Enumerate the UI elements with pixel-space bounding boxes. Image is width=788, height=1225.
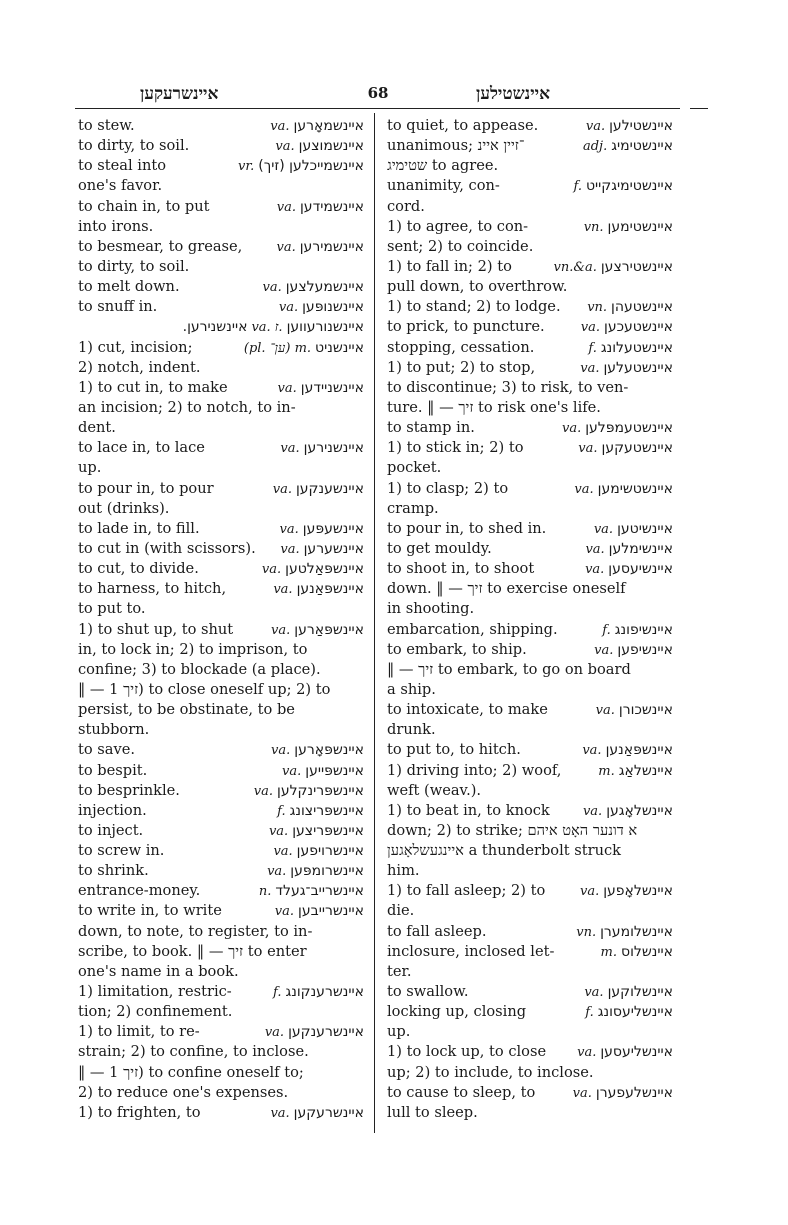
headword-group: va.איינשמעלצען [263,277,365,297]
part-of-speech: f. [588,339,596,359]
english-gloss: to discontinue; 3) to risk, to ven- [387,378,628,398]
yiddish-headword: איינשרומפּען [290,861,364,881]
headword-group: va.איינשפּריצען [269,821,364,841]
part-of-speech: f. [573,177,581,197]
part-of-speech: va. [265,1023,284,1043]
entry-line: to harness, to hitch,va.איינשפּאַנען [78,579,364,599]
entry-line: to quiet, to appease.va.איינשטילען [387,116,673,136]
headword-group: va.איינשרומפּען [267,861,364,881]
english-gloss: down, to note, to register, to in- [78,922,312,942]
english-gloss: to put to. [78,599,146,619]
right-running-headword: איינשטילען [476,84,550,104]
part-of-speech: va. [270,1104,289,1124]
part-of-speech: va. [594,641,613,661]
yiddish-headword: איינשטילען [609,116,673,136]
headword-group: va.איינשטשימען [574,479,673,499]
part-of-speech: va. [574,480,593,500]
part-of-speech: va. [585,560,604,580]
yiddish-headword: איינשלאַג [619,761,673,781]
entry-line: an incision; 2) to notch, to in- [78,398,364,418]
part-of-speech: va. [269,822,288,842]
english-gloss: to get mouldy. [387,539,492,559]
headword-group: va.איינשפּאַרען [271,620,364,640]
part-of-speech: va. [585,540,604,560]
english-gloss: 1) to fall in; 2) to [387,257,512,277]
entry-line: to bespit.va.איינשפּייען [78,761,364,781]
headword-group: adj.איינשטימיג [583,136,673,156]
entry-line: to fall asleep.vn.איינשלומערן [387,922,673,942]
english-gloss: 1) to fall asleep; 2) to [387,881,545,901]
entry-line: to save.va.איינשפּאָרען [78,740,364,760]
entry-line: to shoot in, to shootva.איינשיעסען [387,559,673,579]
yiddish-headword: איינשמעלצען [286,277,364,297]
entry-line: to inject.va.איינשפּריצען [78,821,364,841]
entry-line: 1) to stand; 2) to lodge.vn.איינשטעהן [387,297,673,317]
part-of-speech: va. [267,862,286,882]
english-gloss: 1) to limit, to re- [78,1022,200,1042]
english-gloss: weft (weav.). [387,781,481,801]
part-of-speech: va. [578,439,597,459]
english-gloss: to pour in, to shed in. [387,519,546,539]
entry-line: to embark, to ship.va.איינשיפען [387,640,673,660]
english-gloss: up. [78,458,101,478]
english-gloss: to quiet, to appease. [387,116,538,136]
entry-line: to put to. [78,599,364,619]
entry-line: to lade in, to fill.va.איינשעפּען [78,519,364,539]
entry-line: to cause to sleep, tova.איינשלעפערן [387,1083,673,1103]
yiddish-headword: איינשכורן [619,700,673,720]
english-gloss: 1) driving into; 2) woof, [387,761,561,781]
entry-line: to pour in, to pourva.איינשענקען [78,479,364,499]
yiddish-headword: איינשטעהן [611,297,673,317]
part-of-speech: va. [596,701,615,721]
part-of-speech: va. [273,842,292,862]
part-of-speech: f. [273,983,281,1003]
part-of-speech: va. [270,117,289,137]
entry-line: to put to, to hitch.va.איינשפּאַנען [387,740,673,760]
headword-group: vn.איינשטעהן [587,297,673,317]
yiddish-headword: איינשענקען [296,479,364,499]
yiddish-headword: איינשלוקען [608,982,673,1002]
yiddish-headword: איינשעפּען [303,519,364,539]
yiddish-headword: איינשטעלען [603,358,673,378]
english-gloss: up. [387,1022,410,1042]
yiddish-headword: איינשניט [315,338,364,358]
headword-group: f.איינשליעסונג [585,1002,673,1022]
english-gloss: ture. ‖ — זיך to risk one's life. [387,398,601,418]
english-gloss: 1) to clasp; 2) to [387,479,508,499]
entry-line: to stew.va.איינשמאָרען [78,116,364,136]
part-of-speech: va. [580,882,599,902]
headword-group: va.איינשטעכען [581,317,673,337]
part-of-speech: va. [271,741,290,761]
part-of-speech: (pl. ען־) m. [244,339,311,359]
english-gloss: a ship. [387,680,436,700]
entry-line: to cut, to divide.va.איינשפּאַלטען [78,559,364,579]
headword-group: va.איינשערען [280,539,364,559]
english-gloss: to chain in, to put [78,197,210,217]
entry-line: to prick, to puncture.va.איינשטעכען [387,317,673,337]
entry-line: to shrink.va.איינשרומפּען [78,861,364,881]
headword-group: va.איינשיעסען [585,559,673,579]
headword-group: va.איינשיפען [594,640,673,660]
entry-line: to lace in, to laceva.איינשנירען [78,438,364,458]
part-of-speech: vn.&a. [554,258,597,278]
english-gloss: ‖ — זיך to embark, to go on board [387,660,631,680]
entry-line: ‖ — זיך to embark, to go on board [387,660,673,680]
entry-line: drunk. [387,720,673,740]
english-gloss: to embark, to ship. [387,640,527,660]
headword-group: va.איינשרענקען [265,1022,364,1042]
entry-line: to melt down.va.איינשמעלצען [78,277,364,297]
entry-line: to cut in (with scissors).va.איינשערען [78,539,364,559]
headword-group: va.איינשימלען [585,539,673,559]
headword-group: vn.&a.איינשטירצען [554,257,673,277]
entry-line: die. [387,901,673,921]
headword-group: va.איינשנירען [280,438,364,458]
entry-line: up; 2) to include, to inclose. [387,1063,673,1083]
english-gloss: to put to, to hitch. [387,740,521,760]
english-gloss: to steal into [78,156,166,176]
entry-line: 1) to beat in, to knockva.איינשלאָגען [387,801,673,821]
english-gloss: to cut, to divide. [78,559,199,579]
english-gloss: unanimous; ־זיין איינ [387,136,524,156]
yiddish-headword: איינשרייבען [298,901,364,921]
yiddish-headword: איינשטימיגקייט [586,176,673,196]
english-gloss: scribe, to book. ‖ — זיך to enter [78,942,307,962]
header-rule [75,108,680,109]
headword-group: va.איינשרייבען [275,901,364,921]
english-gloss: 1) to frighten, to [78,1103,201,1123]
entry-line: to chain in, to putva.איינשמידען [78,197,364,217]
entry-line: 1) to frighten, tova.איינשרעקען [78,1103,364,1123]
yiddish-headword: איינשמירען [300,237,364,257]
entry-line: unanimous; ־זיין איינadj.איינשטימיג [387,136,673,156]
entry-line: to snuff in.va.איינשנופּען [78,297,364,317]
entry-line: 1) limitation, restric-f.איינשרענקונג [78,982,364,1002]
entry-line: inclosure, inclosed let-m.איינשלוס [387,942,673,962]
part-of-speech: n. [259,882,272,902]
part-of-speech: va. [586,117,605,137]
english-gloss: to stamp in. [387,418,475,438]
headword-group: f.איינשרענקונג [273,982,364,1002]
entry-line: injection.f.איינשפּריצונג [78,801,364,821]
headword-group: vn.איינשלומערן [576,922,673,942]
entry-line: to get mouldy.va.איינשימלען [387,539,673,559]
english-gloss: to besprinkle. [78,781,180,801]
entry-line: in shooting. [387,599,673,619]
english-gloss: injection. [78,801,147,821]
yiddish-headword: איינשרענקונג [285,982,364,1002]
entry-line: locking up, closingf.איינשליעסונג [387,1002,673,1022]
english-gloss: one's name in a book. [78,962,239,982]
english-gloss: to shoot in, to shoot [387,559,534,579]
english-gloss: cramp. [387,499,439,519]
entry-line: ture. ‖ — זיך to risk one's life. [387,398,673,418]
headword-group: f.איינשטימיגקייט [573,176,673,196]
entry-line: 1) cut, incision;(pl. ען־) m.איינשניט [78,338,364,358]
english-gloss: 1) to stick in; 2) to [387,438,523,458]
entry-line: to intoxicate, to makeva.איינשכורן [387,700,673,720]
entry-line: 1) to fall asleep; 2) tova.איינשלאָפען [387,881,673,901]
english-gloss: to lace in, to lace [78,438,205,458]
headword-group: va.איינשפּרינקלען [254,781,364,801]
part-of-speech: va. [280,520,299,540]
yiddish-headword: איינשטשימען [598,479,673,499]
english-gloss: to prick, to puncture. [387,317,545,337]
yiddish-headword: איינשרויפען [297,841,364,861]
headword-group: va.איינשמידען [277,197,364,217]
english-gloss: to screw in. [78,841,164,861]
part-of-speech: va. [277,198,296,218]
english-gloss: ter. [387,962,412,982]
english-gloss: to dirty, to soil. [78,257,189,277]
part-of-speech: m. [601,943,617,963]
english-gloss: to intoxicate, to make [387,700,548,720]
entry-line: stopping, cessation.f.איינשטעלונג [387,338,673,358]
headword-group: f.איינשפּריצונג [277,801,364,821]
left-running-headword: איינשרעקען [140,84,218,104]
yiddish-headword: איינשפּאַרען [294,620,364,640]
entry-line: stubborn. [78,720,364,740]
headword-group: f.איינשטעלונג [588,338,673,358]
english-gloss: 2) notch, indent. [78,358,200,378]
entry-line: to stamp in.va.איינשטעמפּלען [387,418,673,438]
english-gloss: to pour in, to pour [78,479,214,499]
english-gloss: to fall asleep. [387,922,486,942]
headword-group: va.איינשכורן [596,700,673,720]
yiddish-headword: איינשמייכלען (זיך) [258,156,364,176]
english-gloss: drunk. [387,720,436,740]
part-of-speech: vn. [584,218,604,238]
english-gloss: to inject. [78,821,143,841]
entry-line: up. [387,1022,673,1042]
yiddish-headword: איינשטירצען [601,257,673,277]
english-gloss: to dirty, to soil. [78,136,189,156]
part-of-speech: f. [602,621,610,641]
entry-line: to discontinue; 3) to risk, to ven- [387,378,673,398]
entry-line: 1) to fall in; 2) tovn.&a.איינשטירצען [387,257,673,277]
part-of-speech: va. [581,318,600,338]
entry-line: entrance-money.n.איינשרייב־געלד [78,881,364,901]
yiddish-headword: איינשפּרינקלען [277,781,364,801]
yiddish-headword: איינשלוס [621,942,673,962]
yiddish-headword: איינשמאָרען [294,116,365,136]
yiddish-headword: איינשלעפערן [596,1083,673,1103]
part-of-speech: va. [580,359,599,379]
english-gloss: down. ‖ — זיך to exercise oneself [387,579,626,599]
part-of-speech: va. [271,621,290,641]
english-gloss: strain; 2) to confine, to inclose. [78,1042,309,1062]
part-of-speech: adj. [583,137,607,157]
yiddish-headword: איינשפּאַלטען [285,559,364,579]
yiddish-headword: איינשפּריצען [292,821,364,841]
entry-line: into irons. [78,217,364,237]
english-gloss: out (drinks). [78,499,169,519]
english-gloss: confine; 3) to blockade (a place). [78,660,321,680]
english-gloss: inclosure, inclosed let- [387,942,554,962]
part-of-speech: vn. [587,298,607,318]
headword-group: va.איינשענקען [273,479,364,499]
yiddish-headword: איינשלאָגען [606,801,673,821]
headword-group: va.איינשפּאַנען [582,740,673,760]
headword-group: vn.איינשטימען [584,217,673,237]
yiddish-headword: איינשימלען [609,539,673,559]
part-of-speech: va. [582,741,601,761]
headword-group: f.איינשיפונג [602,620,673,640]
headword-group: va.איינשלעפערן [573,1083,673,1103]
yiddish-headword: איינשיפונג [615,620,673,640]
english-gloss: 2) to reduce one's expenses. [78,1083,288,1103]
english-gloss: to cause to sleep, to [387,1083,535,1103]
part-of-speech: va. [278,379,297,399]
entry-line: one's favor. [78,176,364,196]
part-of-speech: va. [562,419,581,439]
english-gloss: to bespit. [78,761,147,781]
entry-line: to dirty, to soil. [78,257,364,277]
english-gloss: stubborn. [78,720,149,740]
part-of-speech: va. [263,278,282,298]
english-gloss: to cut in (with scissors). [78,539,256,559]
entry-line: persist, to be obstinate, to be [78,700,364,720]
part-of-speech: f. [585,1003,593,1023]
yiddish-headword: איינשפּאַנען [606,740,673,760]
english-gloss: to snuff in. [78,297,157,317]
entry-line: down. ‖ — זיך to exercise oneself [387,579,673,599]
english-gloss: to harness, to hitch, [78,579,226,599]
yiddish-headword: איינשנורעווען [287,317,364,337]
headword-group: va.איינשפּאָרען [271,740,364,760]
headword-group: va.איינשטעמפּלען [562,418,673,438]
part-of-speech: va. [273,480,292,500]
header-rule-tail [690,108,708,109]
entry-line: weft (weav.). [387,781,673,801]
english-gloss: in shooting. [387,599,474,619]
english-gloss: to save. [78,740,135,760]
headword-group: vr.איינשמייכלען (זיך) [238,156,364,176]
yiddish-headword: איינשליעסען [600,1042,673,1062]
english-gloss: in, to lock in; 2) to imprison, to [78,640,307,660]
entry-line: embarcation, shipping.f.איינשיפונג [387,620,673,640]
english-gloss: embarcation, shipping. [387,620,558,640]
headword-group: va.איינשרעקען [270,1103,364,1123]
headword-group: איינשנירען.va. ז.איינשנורעווען [183,317,364,337]
entry-line: איינגעשלאָגען a thunderbolt struck [387,841,673,861]
part-of-speech: va. [584,983,603,1003]
headword-group: va.איינשטעקען [578,438,673,458]
entry-line: tion; 2) confinement. [78,1002,364,1022]
part-of-speech: va. [273,580,292,600]
headword-group: va.איינשטילען [586,116,673,136]
entry-line: out (drinks). [78,499,364,519]
entry-line: up. [78,458,364,478]
part-of-speech: va. [262,560,281,580]
cross-reference: איינשנירען. [183,317,248,337]
yiddish-headword: איינשיפען [617,640,673,660]
headword-group: va.איינשלאָגען [583,801,673,821]
entry-line: to besmear, to grease,va.איינשמירען [78,237,364,257]
english-gloss: to lade in, to fill. [78,519,200,539]
part-of-speech: vr. [238,157,254,177]
entry-line: ter. [387,962,673,982]
headword-group: va.איינשנופּען [279,297,364,317]
part-of-speech: m. [598,762,614,782]
english-gloss: entrance-money. [78,881,200,901]
headword-group: va.איינשטעלען [580,358,673,378]
english-gloss: ‖ — זיך 1) to confine oneself to; [78,1063,304,1083]
yiddish-headword: איינשלאָפען [603,881,673,901]
headword-group: va.איינשעפּען [280,519,364,539]
entry-line: 1) to lock up, to closeva.איינשליעסען [387,1042,673,1062]
page-number: 68 [368,84,389,102]
english-gloss: איינגעשלאָגען a thunderbolt struck [387,841,621,861]
english-gloss: an incision; 2) to notch, to in- [78,398,296,418]
english-gloss: to stew. [78,116,135,136]
yiddish-headword: איינשרעקען [294,1103,364,1123]
page-header: איינשרעקען 68 איינשטילען [0,84,788,106]
english-gloss: one's favor. [78,176,162,196]
english-gloss: 1) to put; 2) to stop, [387,358,535,378]
english-gloss: up; 2) to include, to inclose. [387,1063,594,1083]
headword-group: va.איינשלאָפען [580,881,673,901]
entry-line: to besprinkle.va.איינשפּרינקלען [78,781,364,801]
english-gloss: persist, to be obstinate, to be [78,700,295,720]
english-gloss: locking up, closing [387,1002,526,1022]
english-gloss: lull to sleep. [387,1103,478,1123]
yiddish-headword: איינשרייב־געלד [275,881,364,901]
entry-line: to write in, to writeva.איינשרייבען [78,901,364,921]
entry-line: ‖ — זיך 1) to confine oneself to; [78,1063,364,1083]
part-of-speech: va. [282,762,301,782]
yiddish-headword: איינשטעלונג [601,338,673,358]
entry-line: 1) to limit, to re-va.איינשרענקען [78,1022,364,1042]
headword-group: va.איינשיטען [594,519,673,539]
entry-line: sent; 2) to coincide. [387,237,673,257]
entry-line: 1) to cut in, to makeva.איינשניידען [78,378,364,398]
english-gloss: 1) to stand; 2) to lodge. [387,297,561,317]
part-of-speech: va. [577,1043,596,1063]
headword-group: va.איינשפּייען [282,761,364,781]
entry-line: cord. [387,197,673,217]
entry-line: 2) notch, indent. [78,358,364,378]
left-column: to stew.va.איינשמאָרעןto dirty, to soil.… [78,116,364,1123]
part-of-speech: va. ז. [251,318,282,338]
yiddish-headword: איינשפּאַנען [297,579,364,599]
english-gloss: dent. [78,418,116,438]
headword-group: va.איינשלוקען [584,982,673,1002]
part-of-speech: va. [573,1084,592,1104]
entry-line: scribe, to book. ‖ — זיך to enter [78,942,364,962]
english-gloss: tion; 2) confinement. [78,1002,232,1022]
entry-line: one's name in a book. [78,962,364,982]
english-gloss: to write in, to write [78,901,222,921]
yiddish-headword: איינשערען [304,539,364,559]
entry-line: ‖ — זיך 1) to close oneself up; 2) to [78,680,364,700]
entry-line: 1) to put; 2) to stop,va.איינשטעלען [387,358,673,378]
part-of-speech: va. [254,782,273,802]
entry-line: down, to note, to register, to in- [78,922,364,942]
headword-group: n.איינשרייב־געלד [259,881,364,901]
part-of-speech: va. [594,520,613,540]
yiddish-headword: איינשטימען [608,217,673,237]
entry-line: a ship. [387,680,673,700]
english-gloss: 1) to agree, to con- [387,217,528,237]
yiddish-headword: איינשליעסונג [598,1002,673,1022]
english-gloss: to melt down. [78,277,180,297]
headword-group: va.איינשפּאַלטען [262,559,364,579]
entry-line: to dirty, to soil.va.איינשמוצען [78,136,364,156]
english-gloss: 1) to beat in, to knock [387,801,550,821]
